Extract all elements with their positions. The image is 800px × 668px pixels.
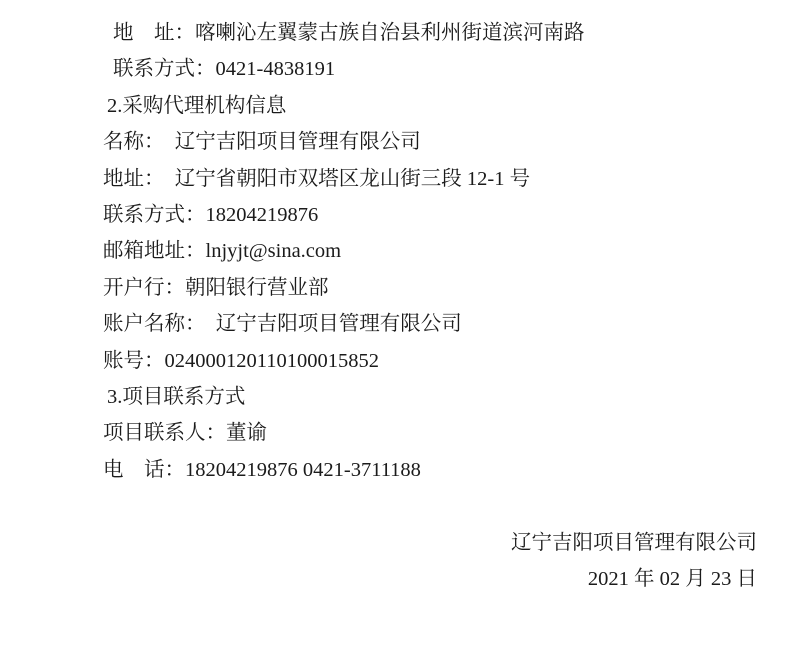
section-3-heading: 3.项目联系方式 — [0, 379, 800, 415]
document-page: 地 址：喀喇沁左翼蒙古族自治县利州街道滨河南路 联系方式：0421-483819… — [0, 0, 800, 668]
signature-date-line: 2021 年 02 月 23 日 — [0, 561, 800, 597]
project-phone-line: 电 话：18204219876 0421-3711188 — [0, 452, 800, 488]
agency-contact-line: 联系方式：18204219876 — [0, 197, 800, 233]
purchaser-address-line: 地 址：喀喇沁左翼蒙古族自治县利州街道滨河南路 — [0, 15, 800, 51]
agency-account-name-line: 账户名称： 辽宁吉阳项目管理有限公司 — [0, 306, 800, 342]
agency-email-line: 邮箱地址：lnjyjt@sina.com — [0, 233, 800, 269]
agency-name-line: 名称： 辽宁吉阳项目管理有限公司 — [0, 124, 800, 160]
signature-company-line: 辽宁吉阳项目管理有限公司 — [0, 525, 800, 561]
purchaser-contact-line: 联系方式：0421-4838191 — [0, 51, 800, 87]
agency-account-number-line: 账号：024000120110100015852 — [0, 343, 800, 379]
document-body: 地 址：喀喇沁左翼蒙古族自治县利州街道滨河南路 联系方式：0421-483819… — [0, 0, 800, 597]
agency-bank-line: 开户行：朝阳银行营业部 — [0, 270, 800, 306]
blank-line — [0, 488, 800, 524]
section-2-heading: 2.采购代理机构信息 — [0, 88, 800, 124]
agency-address-line: 地址： 辽宁省朝阳市双塔区龙山街三段 12-1 号 — [0, 161, 800, 197]
project-contact-person-line: 项目联系人：董谕 — [0, 415, 800, 451]
